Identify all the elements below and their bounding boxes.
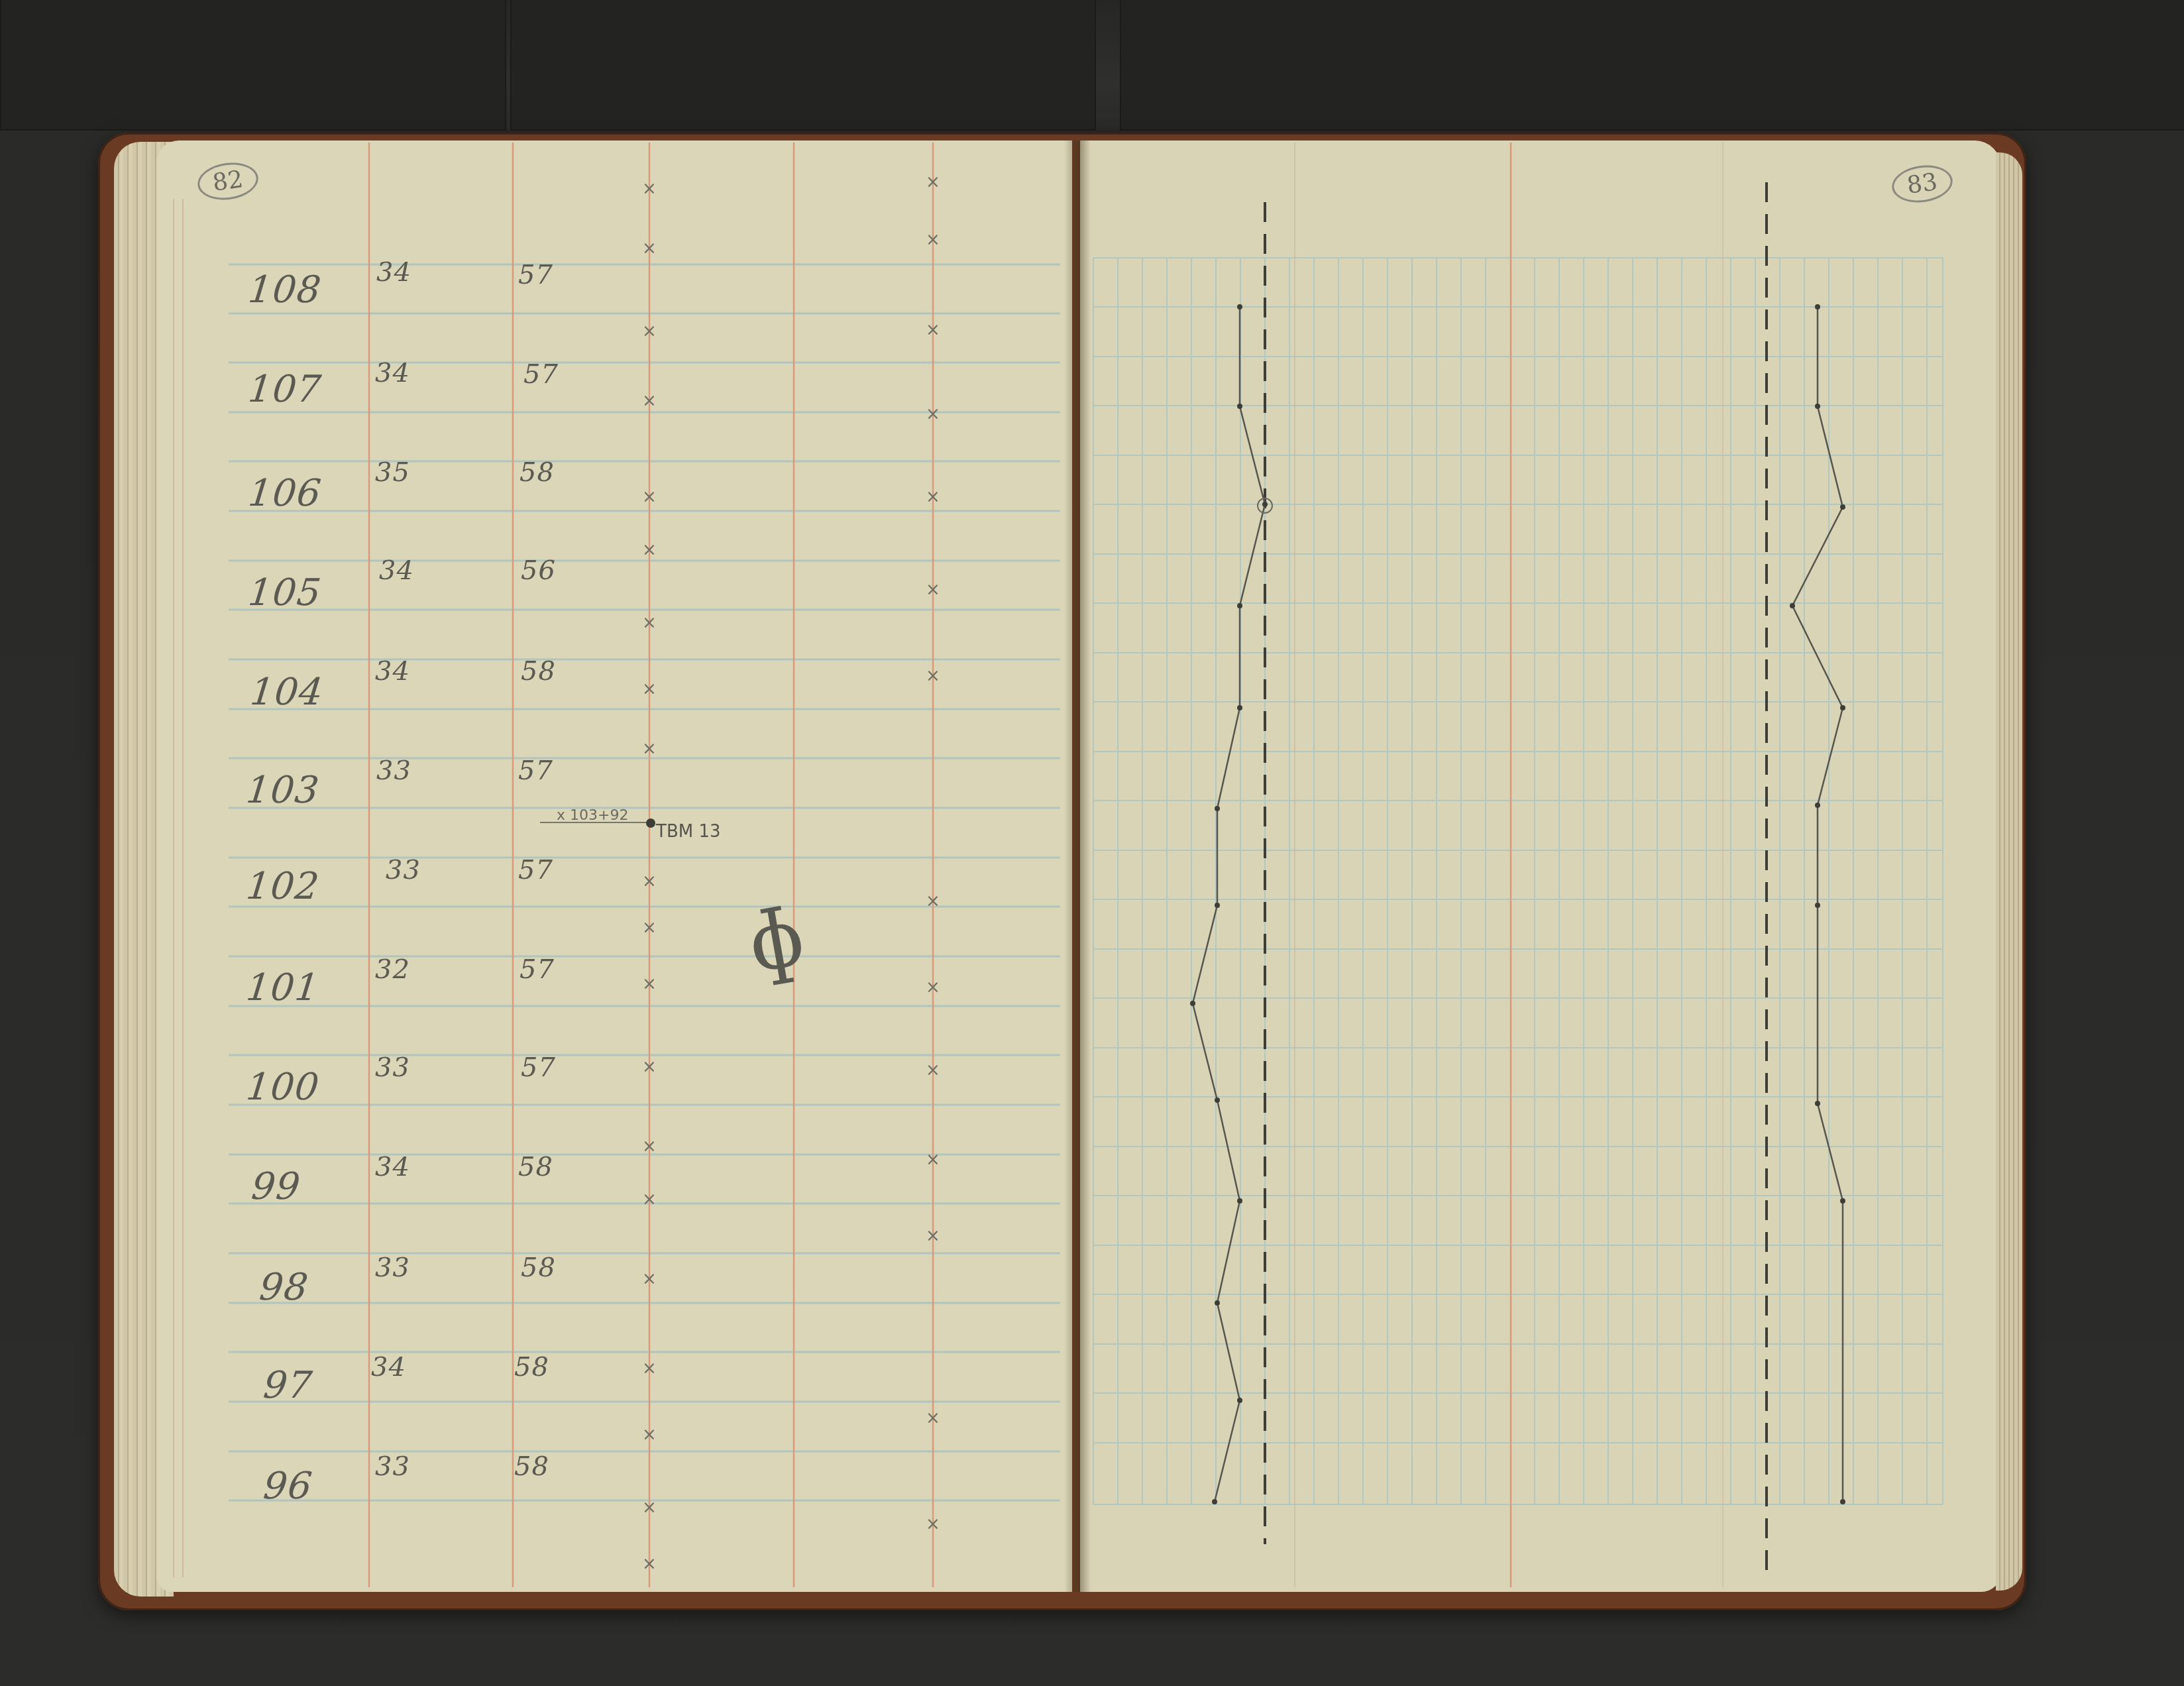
x-mark: ×	[926, 891, 940, 911]
x-mark: ×	[642, 540, 657, 560]
x-mark: ×	[926, 666, 940, 686]
x-mark: ×	[926, 230, 940, 250]
x-mark: ×	[926, 580, 940, 600]
station-label: 99	[250, 1165, 303, 1208]
station-label: 105	[246, 571, 324, 614]
station-label: 103	[245, 769, 322, 812]
left-margin-rules	[174, 199, 183, 1577]
x-mark: ×	[642, 1498, 657, 1518]
rod-right-value: 57	[519, 954, 555, 985]
x-mark: ×	[926, 1226, 940, 1246]
rod-right-value: 56	[521, 555, 556, 586]
station-label: 106	[246, 472, 324, 515]
station-label: 104	[248, 671, 326, 714]
x-mark: ×	[926, 172, 940, 192]
station-label: 96	[262, 1465, 315, 1508]
x-mark: ×	[642, 487, 657, 507]
station-label: 102	[245, 865, 322, 908]
benchmark-dot	[646, 818, 655, 828]
x-mark: ×	[642, 679, 657, 699]
x-mark: ×	[926, 978, 940, 997]
x-mark: ×	[642, 1190, 657, 1209]
x-mark: ×	[642, 1269, 657, 1289]
x-mark: ×	[642, 239, 657, 258]
rod-left-value: 34	[375, 656, 410, 687]
rod-right-value: 58	[518, 1152, 553, 1182]
rod-right-value: 57	[518, 855, 553, 885]
rod-right-value: 57	[523, 359, 559, 390]
rod-right-value: 57	[518, 260, 553, 290]
x-mark: ×	[642, 1359, 657, 1378]
rod-left-value: 35	[375, 457, 410, 488]
rod-left-value: 34	[379, 555, 414, 586]
rod-left-value: 32	[375, 954, 410, 985]
right-page-faint-rules	[1295, 142, 1723, 1587]
x-mark: ×	[926, 1150, 940, 1170]
x-mark: ×	[642, 918, 657, 938]
station-label: 97	[262, 1364, 315, 1407]
benchmark-label: TBM 13	[656, 822, 721, 842]
left-profile-points	[1190, 304, 1268, 1504]
x-mark: ×	[642, 974, 657, 994]
rod-left-value: 34	[376, 257, 411, 288]
rod-right-value: 58	[521, 656, 556, 687]
left-profile-line	[1193, 307, 1265, 1502]
x-mark: ×	[926, 320, 940, 340]
page-ruling	[0, 0, 2184, 1686]
x-mark: ×	[642, 1137, 657, 1156]
x-mark: ×	[926, 1408, 940, 1428]
x-mark: ×	[926, 487, 940, 507]
x-mark: ×	[642, 321, 657, 341]
rod-left-value: 33	[375, 1052, 410, 1083]
x-mark: ×	[926, 404, 940, 424]
station-label: 98	[258, 1266, 311, 1309]
x-mark: ×	[642, 1554, 657, 1574]
x-mark: ×	[642, 1425, 657, 1445]
rod-left-value: 34	[375, 1152, 410, 1182]
station-label: 101	[245, 966, 322, 1009]
rod-right-value: 57	[521, 1052, 556, 1083]
x-mark: ×	[642, 1057, 657, 1077]
rod-right-value: 58	[514, 1451, 549, 1482]
x-mark: ×	[926, 1060, 940, 1080]
station-label: 108	[246, 268, 324, 311]
rod-left-value: 33	[376, 756, 411, 786]
x-mark: ×	[642, 613, 657, 633]
x-mark: ×	[926, 1514, 940, 1534]
rod-left-value: 33	[386, 855, 421, 885]
x-mark: ×	[642, 871, 657, 891]
profile-centerlines	[1265, 182, 1767, 1571]
x-mark: ×	[642, 739, 657, 759]
station-offset-note: x 103+92	[557, 807, 628, 824]
rod-right-value: 58	[519, 457, 555, 488]
rod-right-value: 57	[518, 756, 553, 786]
rod-left-value: 33	[375, 1253, 410, 1283]
station-label: 107	[246, 368, 324, 411]
rod-left-value: 34	[371, 1352, 406, 1382]
rod-left-value: 33	[375, 1451, 410, 1482]
x-mark: ×	[642, 179, 657, 199]
rod-left-value: 34	[375, 358, 410, 388]
station-label: 100	[245, 1066, 322, 1109]
x-mark: ×	[642, 391, 657, 411]
rod-right-value: 58	[521, 1253, 556, 1283]
rod-right-value: 58	[514, 1352, 549, 1382]
